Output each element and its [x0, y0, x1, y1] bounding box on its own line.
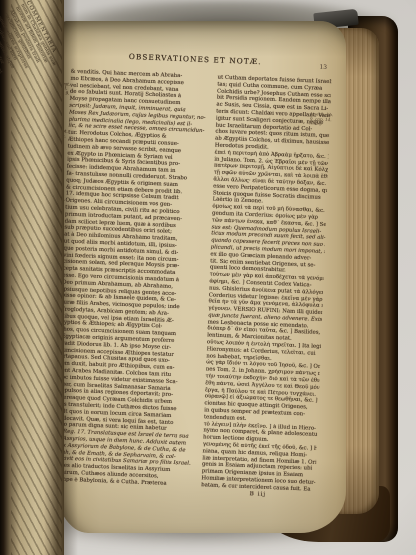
recto-text-block: OBSERVATIONES ET NOTÆ. 13 In Horat. Serm… — [36, 38, 335, 535]
margin-citation: Joseph. lib. 9. cap. 14. Antiq. — [310, 112, 337, 127]
page-number: 13 — [319, 64, 327, 71]
book-photo: OBSERVATIONES ET NOTÆ. 13 In Horat. Serm… — [0, 0, 416, 555]
right-column: ut Cutham deportatos fuisse ferunt Israe… — [201, 75, 332, 501]
gutter-shadow — [44, 0, 78, 555]
text-columns: & venditis. Qui hanc mercem ab Abraha-mo… — [54, 69, 332, 501]
running-header: OBSERVATIONES ET NOTÆ. — [61, 49, 329, 69]
